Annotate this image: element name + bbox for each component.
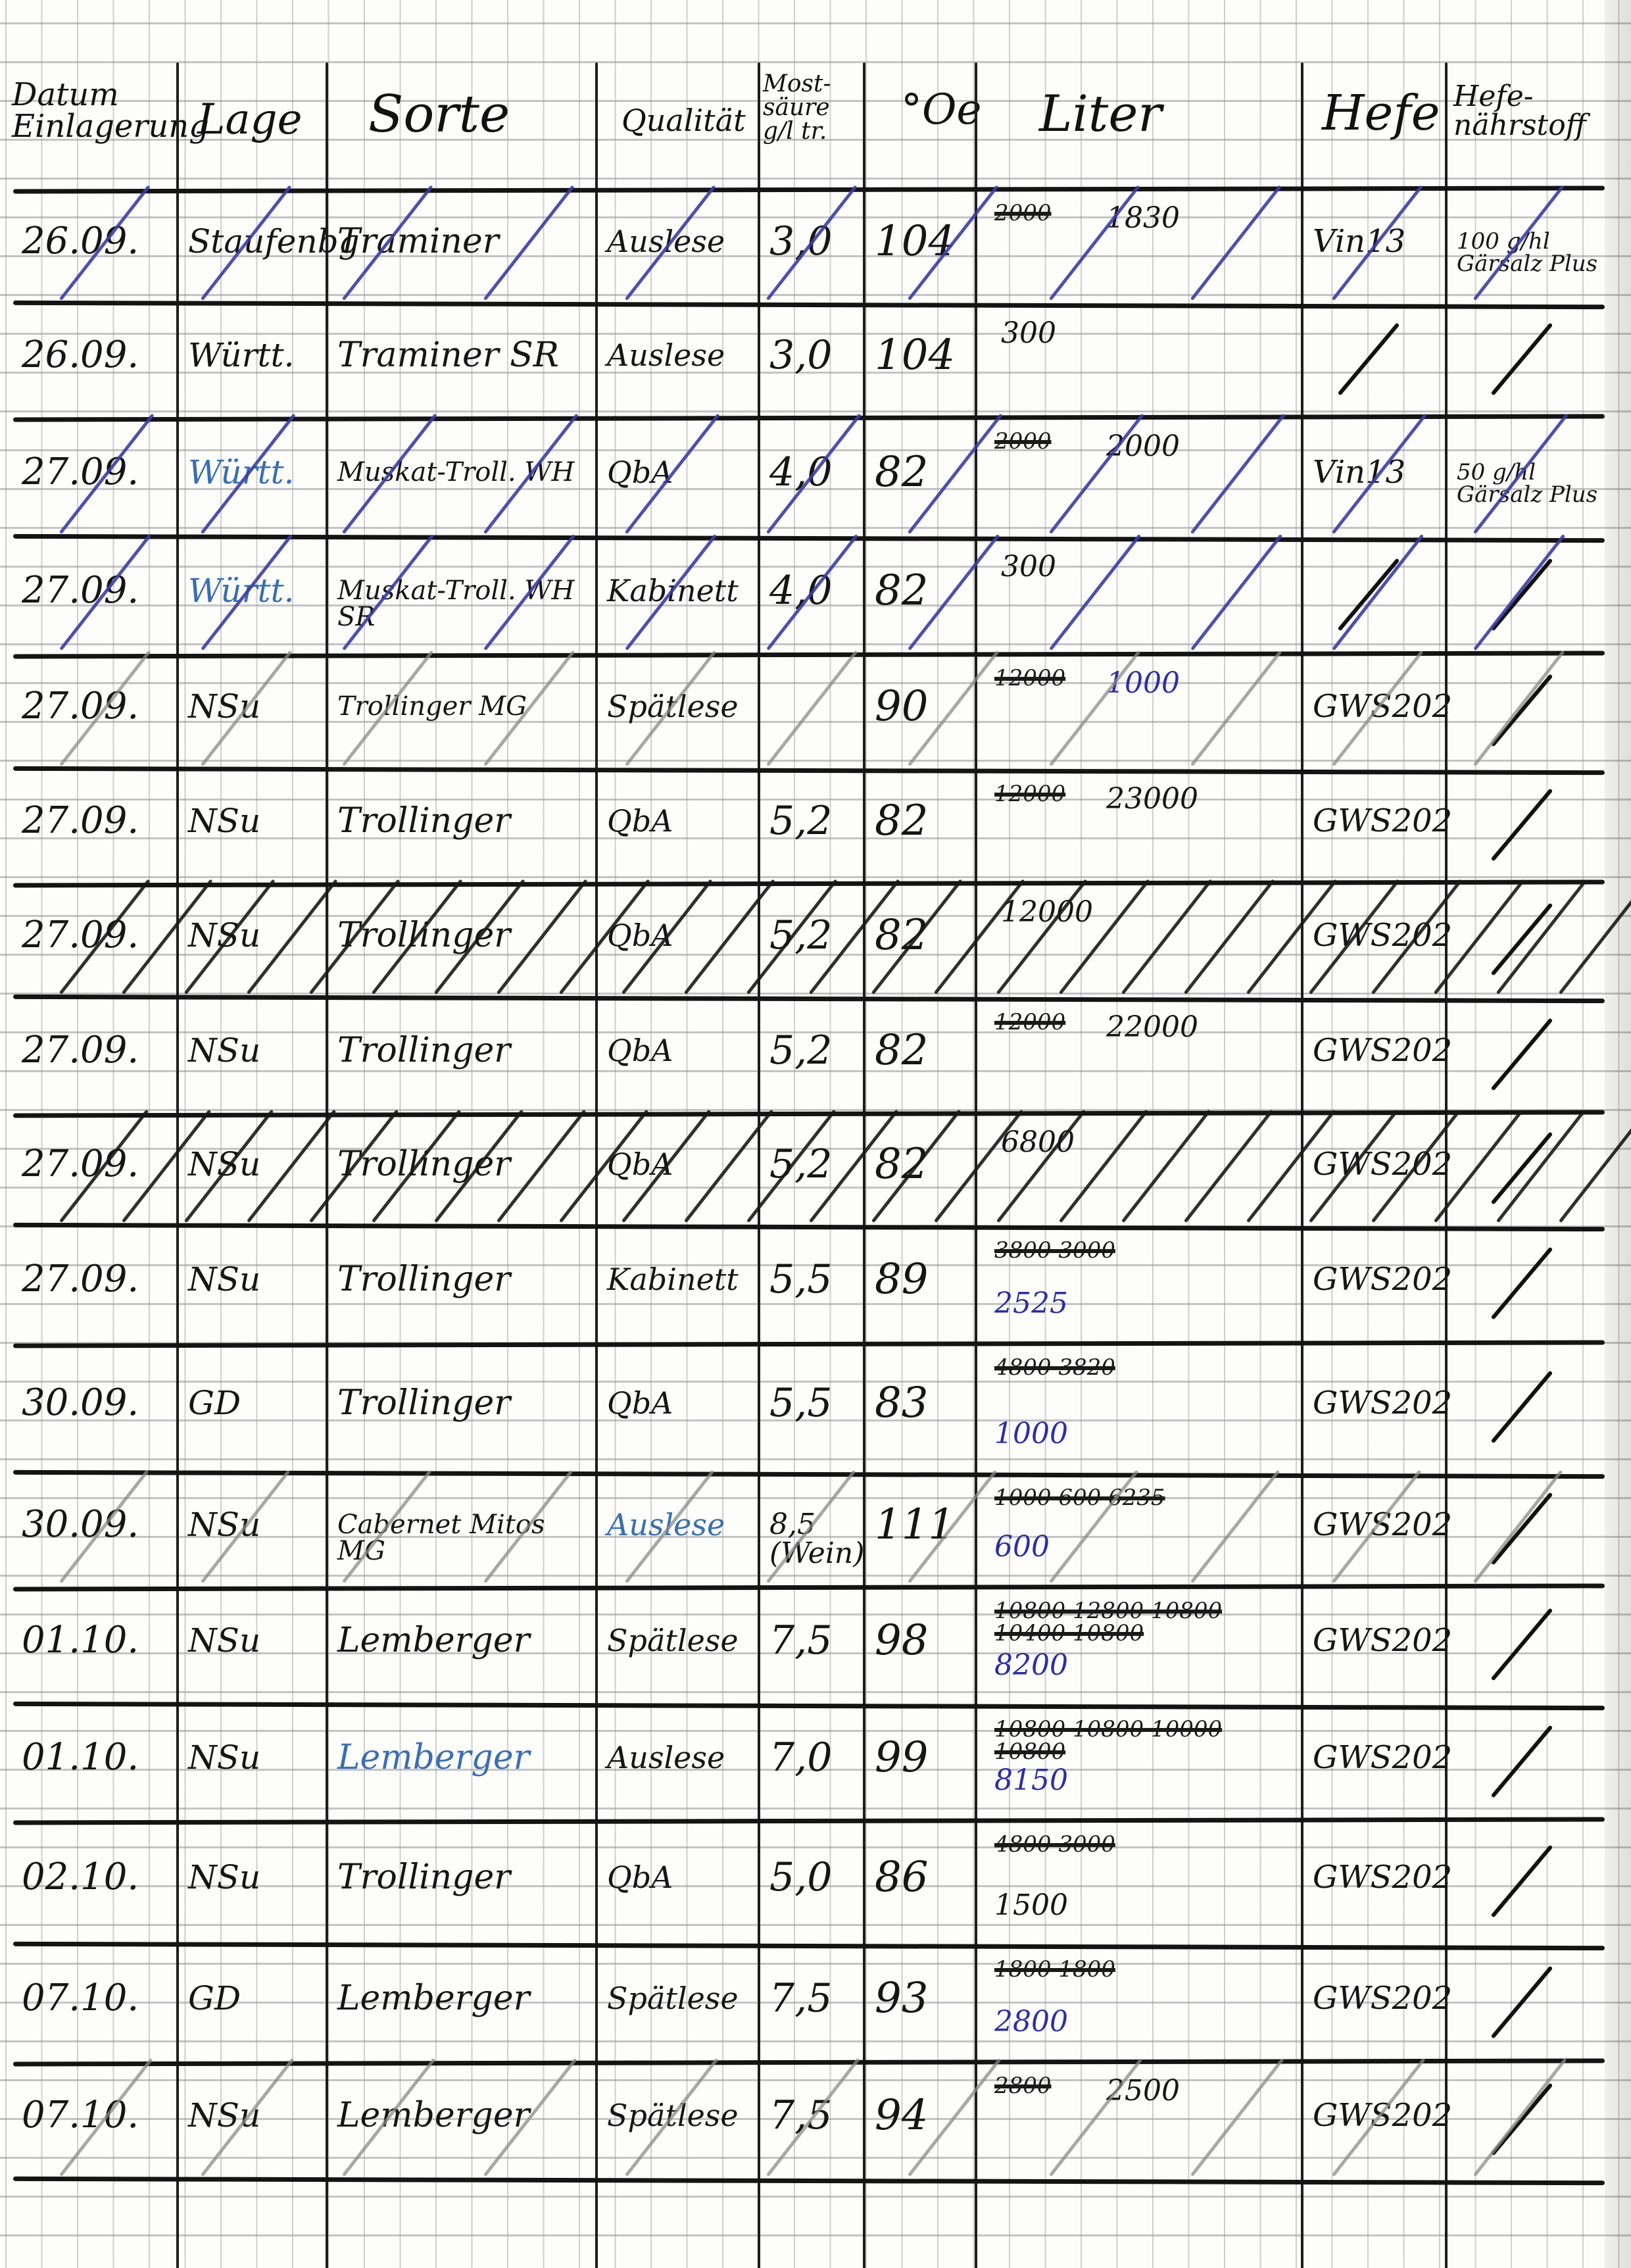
liter-value: 1830 — [1106, 204, 1180, 233]
table-row: 07.10.GDLembergerSpätlese7,5931800 18002… — [0, 1944, 1631, 2060]
liter-value: 8150 — [994, 1766, 1068, 1795]
logbook-page: Datum Einlagerung Lage Sorte Qualität Mo… — [0, 0, 1631, 2268]
empty-slash-mark — [1491, 1018, 1553, 1091]
lage-cell: GD — [188, 1387, 241, 1419]
liter-struck-values: 2000 — [994, 202, 1052, 224]
lage-cell: NSu — [188, 804, 260, 837]
qualitaet-cell: Auslese — [607, 340, 725, 370]
liter-value: 300 — [1001, 319, 1056, 348]
cancel-strike-line — [1332, 534, 1424, 651]
empty-slash-mark — [1491, 788, 1553, 861]
lage-cell: NSu — [188, 1624, 260, 1657]
mostsaeure-cell: 5,0 — [769, 1858, 832, 1897]
hefenaehrstoff-cell: 50 g/hl Gärsalz Plus — [1457, 461, 1607, 506]
datum-cell: 01.10. — [22, 1622, 139, 1659]
table-row: 27.09.NSuTrollingerKabinett5,5893800 300… — [0, 1225, 1631, 1342]
hefenaehrstoff-cell: 100 g/hl Gärsalz Plus — [1457, 230, 1607, 275]
datum-cell: 07.10. — [22, 2097, 139, 2134]
mostsaeure-cell: 7,5 — [769, 1621, 832, 1660]
mostsaeure-cell: 5,5 — [769, 1260, 832, 1299]
sorte-cell: Trollinger — [337, 1860, 510, 1894]
oechsle-cell: 82 — [875, 570, 928, 612]
oechsle-cell: 89 — [875, 1258, 928, 1300]
lage-cell: NSu — [188, 1263, 260, 1296]
qualitaet-cell: QbA — [607, 1149, 673, 1179]
qualitaet-cell: QbA — [607, 920, 673, 950]
datum-cell: 27.09. — [22, 454, 139, 491]
qualitaet-cell: Auslese — [607, 1742, 725, 1773]
table-row: 30.09.GDTrollingerQbA5,5834800 38201000G… — [0, 1342, 1631, 1472]
header-hefenaehrstoff: Hefe-nährstoff — [1453, 82, 1592, 140]
sorte-cell: Lemberger — [337, 1981, 529, 2015]
cancel-strike-line — [1473, 651, 1565, 766]
table-row-cancelled: 30.09.NSuCabernet Mitos MGAuslese8,5 (We… — [0, 1472, 1631, 1585]
cancel-strike-line — [1049, 534, 1141, 651]
cancel-strike-line — [1559, 879, 1631, 995]
sorte-cell: Muskat-Troll. WH SR — [337, 578, 594, 630]
liter-value: 2800 — [994, 2008, 1068, 2036]
liter-value: 1000 — [994, 1419, 1068, 1448]
table-row: 01.10.NSuLembergerSpätlese7,59810800 128… — [0, 1585, 1631, 1704]
oechsle-cell: 99 — [875, 1737, 928, 1779]
sorte-cell: Traminer — [337, 224, 499, 259]
hefe-cell: GWS202 — [1313, 1861, 1452, 1893]
empty-slash-mark — [1491, 1608, 1553, 1681]
lage-cell: NSu — [188, 1148, 260, 1181]
hefe-cell: GWS202 — [1313, 920, 1452, 951]
cancel-strike-line — [1049, 185, 1140, 301]
cancel-strike-line — [1190, 2058, 1284, 2177]
liter-value: 300 — [1001, 553, 1056, 581]
hefe-cell: GWS202 — [1313, 805, 1452, 837]
sorte-cell: Trollinger — [337, 1033, 510, 1068]
liter-value: 12000 — [1001, 898, 1093, 927]
lage-cell: NSu — [188, 1741, 260, 1774]
datum-cell: 27.09. — [22, 1032, 139, 1069]
lage-cell: Staufenbg — [188, 225, 360, 258]
header-sorte: Sorte — [368, 89, 510, 140]
datum-cell: 26.09. — [22, 337, 139, 374]
table-row: 02.10.NSuTrollingerQbA5,0864800 30001500… — [0, 1819, 1631, 1944]
hefe-cell: GWS202 — [1313, 2100, 1452, 2131]
liter-value: 600 — [994, 1533, 1050, 1562]
oechsle-cell: 94 — [875, 2094, 928, 2136]
liter-value: 8200 — [994, 1651, 1068, 1680]
table-row-cancelled: 07.10.NSuLembergerSpätlese7,59428002500G… — [0, 2060, 1631, 2179]
qualitaet-cell: QbA — [607, 1862, 673, 1892]
table-row: 01.10.NSuLembergerAuslese7,09910800 1080… — [0, 1704, 1631, 1819]
header-lage: Lage — [197, 99, 303, 141]
oechsle-cell: 82 — [875, 1143, 928, 1185]
datum-cell: 30.09. — [22, 1385, 139, 1421]
header-qualitaet: Qualität — [621, 105, 746, 136]
liter-struck-values: 10800 10800 10000 10800 — [994, 1718, 1294, 1763]
datum-cell: 01.10. — [22, 1739, 139, 1776]
empty-slash-mark — [1491, 1844, 1553, 1917]
table-row-cancelled: 27.09.NSuTrollingerQbA5,2826800GWS202 — [0, 1112, 1631, 1225]
qualitaet-cell: QbA — [607, 806, 673, 836]
liter-struck-values: 1000 600 6235 — [994, 1487, 1165, 1509]
lage-cell: Württ. — [188, 339, 295, 372]
datum-cell: 27.09. — [22, 688, 139, 725]
lage-cell: NSu — [188, 1034, 260, 1067]
mostsaeure-cell: 5,2 — [769, 916, 832, 955]
empty-slash-mark — [1491, 1492, 1553, 1565]
oechsle-cell: 82 — [875, 800, 928, 842]
oechsle-cell: 104 — [875, 334, 955, 376]
lage-cell: NSu — [188, 1861, 260, 1894]
empty-slash-mark — [1337, 322, 1400, 395]
table-row-cancelled: 27.09.Württ.Muskat-Troll. WHQbA4,0822000… — [0, 416, 1631, 536]
empty-slash-mark — [1491, 674, 1553, 747]
lage-cell: GD — [188, 1982, 241, 2015]
sorte-cell: Lemberger — [337, 1740, 529, 1775]
liter-value: 1500 — [994, 1891, 1068, 1920]
mostsaeure-cell: 5,5 — [769, 1383, 832, 1423]
cancel-strike-line — [1190, 414, 1286, 534]
empty-slash-mark — [1491, 1131, 1553, 1204]
oechsle-cell: 82 — [875, 451, 928, 493]
hefe-cell: GWS202 — [1313, 1264, 1452, 1295]
liter-struck-values: 2800 — [994, 2075, 1052, 2097]
oechsle-cell: 90 — [875, 685, 928, 727]
hefe-cell: GWS202 — [1313, 1742, 1452, 1773]
liter-struck-values: 2000 — [994, 430, 1052, 453]
datum-cell: 27.09. — [22, 802, 139, 839]
empty-slash-mark — [1491, 322, 1553, 395]
hefe-cell: GWS202 — [1313, 1509, 1452, 1541]
hefe-cell: Vin13 — [1313, 226, 1405, 257]
liter-struck-values: 12000 — [994, 1011, 1065, 1033]
datum-cell: 02.10. — [22, 1859, 139, 1896]
mostsaeure-cell: 5,2 — [769, 801, 832, 841]
hefe-cell: GWS202 — [1313, 1035, 1452, 1066]
liter-struck-values: 3800 3000 — [994, 1239, 1115, 1262]
header-mostsaeure: Most-säure g/l tr. — [763, 72, 848, 143]
oechsle-cell: 98 — [875, 1619, 928, 1662]
header-hefe: Hefe — [1322, 89, 1440, 137]
cancel-strike-line — [1473, 1470, 1563, 1584]
liter-struck-values: 4800 3820 — [994, 1356, 1115, 1379]
qualitaet-cell: Spätlese — [607, 1625, 739, 1656]
sorte-cell: Trollinger — [337, 1386, 510, 1420]
mostsaeure-cell: 7,0 — [769, 1738, 832, 1777]
liter-struck-values: 4800 3000 — [994, 1833, 1115, 1856]
empty-slash-mark — [1337, 558, 1400, 631]
hefe-cell: GWS202 — [1313, 1625, 1452, 1656]
header-datum: Datum Einlagerung — [12, 79, 170, 142]
empty-slash-mark — [1491, 1246, 1553, 1319]
liter-struck-values: 12000 — [994, 783, 1065, 805]
hefe-cell: Vin13 — [1313, 456, 1405, 488]
liter-struck-values: 10800 12800 10800 10400 10800 — [994, 1600, 1294, 1644]
sorte-cell: Lemberger — [337, 1623, 529, 1658]
sorte-cell: Trollinger MG — [337, 693, 527, 720]
empty-slash-mark — [1491, 558, 1553, 631]
empty-slash-mark — [1491, 1965, 1553, 2038]
datum-cell: 30.09. — [22, 1506, 139, 1543]
oechsle-cell: 86 — [875, 1856, 928, 1898]
header-oechsle: °Oe — [901, 89, 981, 131]
cancel-strike-line — [1190, 651, 1282, 766]
datum-cell: 07.10. — [22, 1980, 139, 2017]
liter-struck-values: 1800 1800 — [994, 1958, 1115, 1981]
cancel-strike-line — [1049, 414, 1144, 534]
mostsaeure-cell: 5,2 — [769, 1031, 832, 1070]
oechsle-cell: 93 — [875, 1977, 928, 2019]
table-row-cancelled: 27.09.NSuTrollinger MGSpätlese9012000100… — [0, 653, 1631, 768]
sorte-cell: Trollinger — [337, 1262, 510, 1296]
sorte-cell: Trollinger — [337, 804, 510, 838]
cancel-strike-line — [1190, 185, 1282, 301]
header-liter: Liter — [1039, 89, 1162, 139]
qualitaet-cell: QbA — [607, 1388, 673, 1418]
table-row: 26.09.Württ.Traminer SRAuslese3,0104300 — [0, 303, 1631, 416]
empty-slash-mark — [1491, 1370, 1553, 1443]
sorte-cell: Traminer SR — [337, 338, 559, 372]
qualitaet-cell: Kabinett — [607, 1264, 739, 1294]
sorte-cell: Muskat-Troll. WH — [337, 459, 594, 485]
table-row: 27.09.NSuTrollingerQbA5,2821200023000GWS… — [0, 768, 1631, 881]
table-row-cancelled: 26.09.StaufenbgTraminerAuslese3,01042000… — [0, 187, 1631, 303]
qualitaet-cell: Auslese — [607, 226, 725, 257]
cancel-strike-line — [1190, 534, 1282, 651]
datum-cell: 27.09. — [22, 572, 139, 609]
oechsle-cell: 82 — [875, 1029, 928, 1072]
table-row: 27.09.NSuTrollingerQbA5,2821200022000GWS… — [0, 997, 1631, 1112]
hefe-cell: GWS202 — [1313, 1148, 1452, 1180]
empty-slash-mark — [1491, 1725, 1553, 1798]
liter-value: 23000 — [1106, 785, 1198, 814]
liter-struck-values: 12000 — [994, 667, 1065, 689]
liter-value: 22000 — [1106, 1013, 1198, 1042]
liter-value: 6800 — [1001, 1128, 1075, 1157]
table-row-cancelled: 27.09.Württ.Muskat-Troll. WH SRKabinett4… — [0, 536, 1631, 653]
cancel-strike-line — [1190, 1470, 1280, 1584]
hefe-cell: GWS202 — [1313, 1983, 1452, 2014]
lage-cell: NSu — [188, 919, 260, 952]
cancel-strike-line — [766, 651, 858, 766]
cancel-strike-line — [1473, 534, 1565, 651]
liter-value: 2525 — [994, 1289, 1068, 1318]
datum-cell: 27.09. — [22, 917, 139, 954]
qualitaet-cell: QbA — [607, 1035, 673, 1066]
hefe-cell: GWS202 — [1313, 1387, 1452, 1419]
liter-value: 1000 — [1106, 669, 1180, 698]
cancel-strike-line — [1473, 2058, 1567, 2177]
mostsaeure-cell: 3,0 — [769, 335, 832, 375]
cancel-strike-line — [1049, 2058, 1142, 2177]
datum-cell: 27.09. — [22, 1146, 139, 1183]
hefe-cell: GWS202 — [1313, 691, 1452, 722]
qualitaet-cell: Auslese — [607, 1510, 725, 1540]
datum-cell: 27.09. — [22, 1261, 139, 1298]
lage-cell: NSu — [188, 1508, 260, 1541]
sorte-cell: Lemberger — [337, 2098, 529, 2132]
mostsaeure-cell: 7,5 — [769, 1979, 832, 2018]
oechsle-cell: 83 — [875, 1382, 928, 1424]
table-row-cancelled: 27.09.NSuTrollingerQbA5,28212000GWS202 — [0, 881, 1631, 997]
datum-cell: 26.09. — [22, 223, 139, 260]
qualitaet-cell: Spätlese — [607, 1983, 739, 2013]
